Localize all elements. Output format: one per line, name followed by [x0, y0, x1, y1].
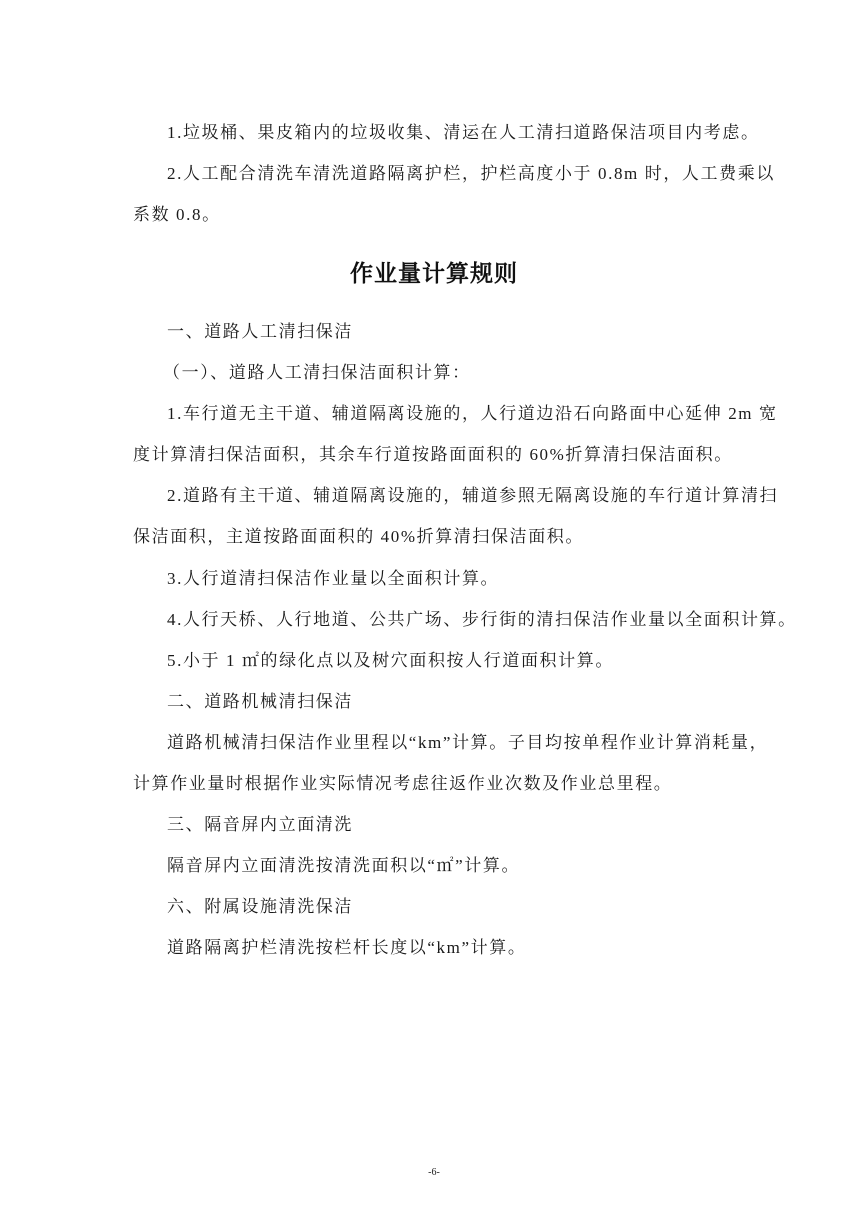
section1-heading: 一、道路人工清扫保洁	[167, 321, 735, 343]
section-title: 作业量计算规则	[0, 255, 868, 288]
section3-heading: 三、隔音屏内立面清洗	[167, 814, 735, 836]
rule-4: 4.人行天桥、人行地道、公共广场、步行街的清扫保洁作业量以全面积计算。	[167, 609, 735, 631]
rule-2-line-1: 2.道路有主干道、辅道隔离设施的，辅道参照无隔离设施的车行道计算清扫	[167, 485, 735, 507]
section1-subheading: （一）、道路人工清扫保洁面积计算：	[163, 362, 765, 384]
section2-line-2: 计算作业量时根据作业实际情况考虑往返作业次数及作业总里程。	[133, 773, 735, 795]
page-number: -6-	[0, 1167, 868, 1178]
rule-3: 3.人行道清扫保洁作业量以全面积计算。	[167, 568, 735, 590]
section2-heading: 二、道路机械清扫保洁	[167, 691, 735, 713]
rule-1-line-2: 度计算清扫保洁面积，其余车行道按路面面积的 60%折算清扫保洁面积。	[133, 444, 735, 466]
rule-5: 5.小于 1 ㎡的绿化点以及树穴面积按人行道面积计算。	[167, 650, 735, 672]
note-1: 1.垃圾桶、果皮箱内的垃圾收集、清运在人工清扫道路保洁项目内考虑。	[167, 122, 735, 144]
document-page: 1.垃圾桶、果皮箱内的垃圾收集、清运在人工清扫道路保洁项目内考虑。 2.人工配合…	[0, 0, 868, 1228]
note-2: 2.人工配合清洗车清洗道路隔离护栏，护栏高度小于 0.8m 时，人工费乘以	[167, 163, 735, 185]
rule-1-line-1: 1.车行道无主干道、辅道隔离设施的，人行道边沿石向路面中心延伸 2m 宽	[167, 403, 735, 425]
rule-2-line-2: 保洁面积，主道按路面面积的 40%折算清扫保洁面积。	[133, 526, 735, 548]
section6-line-1: 道路隔离护栏清洗按栏杆长度以“km”计算。	[167, 937, 735, 959]
note-2-continued: 系数 0.8。	[133, 204, 735, 226]
section6-heading: 六、附属设施清洗保洁	[167, 896, 735, 918]
section2-line-1: 道路机械清扫保洁作业里程以“km”计算。子目均按单程作业计算消耗量，	[167, 732, 735, 754]
section3-line-1: 隔音屏内立面清洗按清洗面积以“㎡”计算。	[167, 855, 735, 877]
